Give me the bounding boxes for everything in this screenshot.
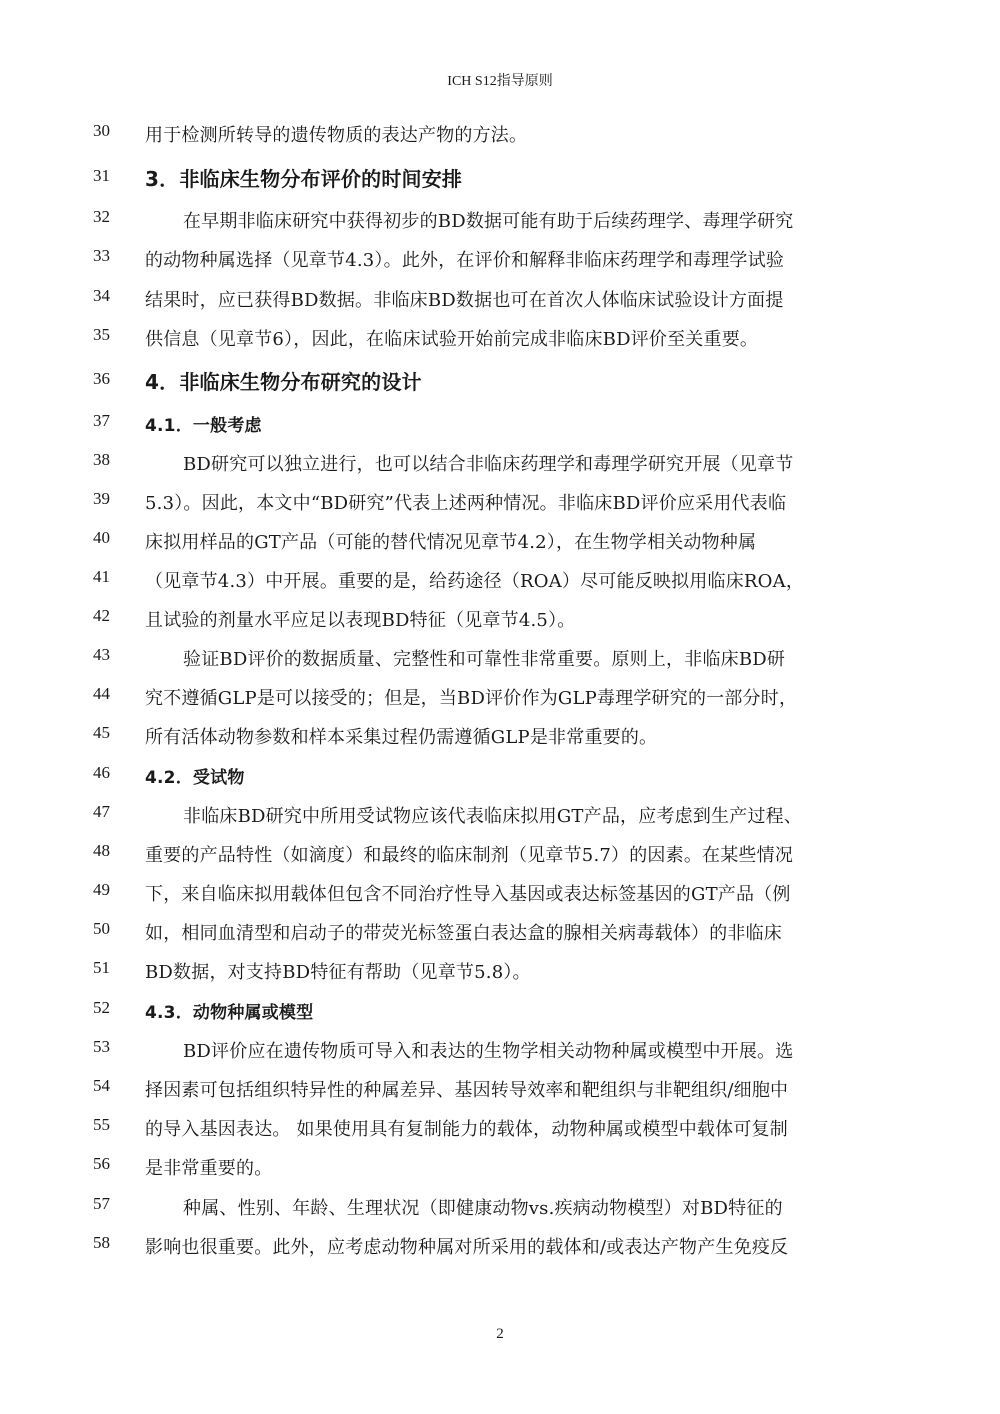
line-number: 56: [93, 1154, 133, 1174]
line-number: 35: [93, 325, 133, 345]
line-text: 的导入基因表达。 如果使用具有复制能力的载体，动物种属或模型中载体可复制: [145, 1115, 788, 1141]
text-line: 43验证BD评价的数据质量、完整性和可靠性非常重要。原则上，非临床BD研: [0, 645, 1000, 685]
line-text: 种属、性别、年龄、生理状况（即健康动物vs.疾病动物模型）对BD特征的: [183, 1194, 783, 1220]
text-line: 38BD研究可以独立进行，也可以结合非临床药理学和毒理学研究开展（见章节: [0, 450, 1000, 490]
text-line: 57种属、性别、年龄、生理状况（即健康动物vs.疾病动物模型）对BD特征的: [0, 1194, 1000, 1234]
line-number: 34: [93, 286, 133, 306]
line-text: 择因素可包括组织特异性的种属差异、基因转导效率和靶组织与非靶组织/细胞中: [145, 1076, 788, 1102]
text-line: 58影响也很重要。此外，应考虑动物种属对所采用的载体和/或表达产物产生免疫反: [0, 1233, 1000, 1273]
line-text: 在早期非临床研究中获得初步的BD数据可能有助于后续药理学、毒理学研究: [183, 207, 793, 233]
text-line: 33的动物种属选择（见章节4.3）。此外，在评价和解释非临床药理学和毒理学试验: [0, 246, 1000, 286]
line-number: 49: [93, 880, 133, 900]
line-number: 43: [93, 645, 133, 665]
section-heading-line: 313．非临床生物分布评价的时间安排: [0, 163, 1000, 203]
text-line: 45所有活体动物参数和样本采集过程仍需遵循GLP是非常重要的。: [0, 723, 1000, 763]
line-text: 结果时，应已获得BD数据。非临床BD数据也可在首次人体临床试验设计方面提: [145, 286, 784, 312]
line-number: 51: [93, 958, 133, 978]
line-text: 重要的产品特性（如滴度）和最终的临床制剂（见章节5.7）的因素。在某些情况: [145, 841, 793, 867]
line-text: 如，相同血清型和启动子的带荧光标签蛋白表达盒的腺相关病毒载体）的非临床: [145, 919, 782, 945]
line-number: 40: [93, 528, 133, 548]
text-line: 35供信息（见章节6），因此，在临床试验开始前完成非临床BD评价至关重要。: [0, 325, 1000, 365]
line-number: 36: [93, 369, 133, 389]
section-heading: 4．非临床生物分布研究的设计: [145, 366, 422, 395]
line-number: 55: [93, 1115, 133, 1135]
text-line: 54择因素可包括组织特异性的种属差异、基因转导效率和靶组织与非靶组织/细胞中: [0, 1076, 1000, 1116]
text-line: 51BD数据，对支持BD特征有帮助（见章节5.8）。: [0, 958, 1000, 998]
line-text: BD研究可以独立进行，也可以结合非临床药理学和毒理学研究开展（见章节: [183, 450, 793, 476]
line-text: 且试验的剂量水平应足以表现BD特征（见章节4.5）。: [145, 606, 575, 632]
subsection-heading: 4.3．动物种属或模型: [145, 998, 313, 1023]
line-number: 47: [93, 802, 133, 822]
line-number: 38: [93, 450, 133, 470]
line-text: 非临床BD研究中所用受试物应该代表临床拟用GT产品，应考虑到生产过程、: [183, 802, 802, 828]
text-line: 30用于检测所转导的遗传物质的表达产物的方法。: [0, 121, 1000, 161]
text-line: 34结果时，应已获得BD数据。非临床BD数据也可在首次人体临床试验设计方面提: [0, 286, 1000, 326]
page-number: 2: [0, 1326, 1000, 1343]
line-text: 所有活体动物参数和样本采集过程仍需遵循GLP是非常重要的。: [145, 723, 657, 749]
line-number: 41: [93, 567, 133, 587]
line-number: 52: [93, 998, 133, 1018]
subsection-heading: 4.1．一般考虑: [145, 411, 262, 436]
line-text: 验证BD评价的数据质量、完整性和可靠性非常重要。原则上，非临床BD研: [183, 645, 785, 671]
line-text: 供信息（见章节6），因此，在临床试验开始前完成非临床BD评价至关重要。: [145, 325, 758, 351]
line-number: 32: [93, 207, 133, 227]
line-text: BD评价应在遗传物质可导入和表达的生物学相关动物种属或模型中开展。选: [183, 1037, 793, 1063]
line-text: 的动物种属选择（见章节4.3）。此外，在评价和解释非临床药理学和毒理学试验: [145, 246, 784, 272]
section-heading-line: 464.2．受试物: [0, 763, 1000, 803]
line-text: 用于检测所转导的遗传物质的表达产物的方法。: [145, 121, 527, 147]
line-number: 39: [93, 489, 133, 509]
text-line: 40床拟用样品的GT产品（可能的替代情况见章节4.2），在生物学相关动物种属: [0, 528, 1000, 568]
line-number: 53: [93, 1037, 133, 1057]
line-number: 48: [93, 841, 133, 861]
text-line: 395.3）。因此，本文中“BD研究”代表上述两种情况。非临床BD评价应采用代表…: [0, 489, 1000, 529]
line-text: （见章节4.3）中开展。重要的是，给药途径（ROA）尽可能反映拟用临床ROA，: [145, 567, 804, 593]
section-heading: 3．非临床生物分布评价的时间安排: [145, 163, 462, 192]
line-text: BD数据，对支持BD特征有帮助（见章节5.8）。: [145, 958, 531, 984]
line-text: 床拟用样品的GT产品（可能的替代情况见章节4.2），在生物学相关动物种属: [145, 528, 756, 554]
subsection-heading: 4.2．受试物: [145, 763, 245, 788]
line-text: 下，来自临床拟用载体但包含不同治疗性导入基因或表达标签基因的GT产品（例: [145, 880, 791, 906]
text-line: 32在早期非临床研究中获得初步的BD数据可能有助于后续药理学、毒理学研究: [0, 207, 1000, 247]
line-number: 54: [93, 1076, 133, 1096]
text-line: 49下，来自临床拟用载体但包含不同治疗性导入基因或表达标签基因的GT产品（例: [0, 880, 1000, 920]
text-line: 48重要的产品特性（如滴度）和最终的临床制剂（见章节5.7）的因素。在某些情况: [0, 841, 1000, 881]
text-line: 55的导入基因表达。 如果使用具有复制能力的载体，动物种属或模型中载体可复制: [0, 1115, 1000, 1155]
line-number: 50: [93, 919, 133, 939]
text-line: 44究不遵循GLP是可以接受的；但是，当BD评价作为GLP毒理学研究的一部分时，: [0, 684, 1000, 724]
line-number: 30: [93, 121, 133, 141]
text-line: 42且试验的剂量水平应足以表现BD特征（见章节4.5）。: [0, 606, 1000, 646]
line-text: 究不遵循GLP是可以接受的；但是，当BD评价作为GLP毒理学研究的一部分时，: [145, 684, 797, 710]
line-number: 37: [93, 411, 133, 431]
line-number: 42: [93, 606, 133, 626]
text-line: 56是非常重要的。: [0, 1154, 1000, 1194]
line-text: 是非常重要的。: [145, 1154, 272, 1180]
line-text: 影响也很重要。此外，应考虑动物种属对所采用的载体和/或表达产物产生免疫反: [145, 1233, 788, 1259]
line-number: 57: [93, 1194, 133, 1214]
line-number: 33: [93, 246, 133, 266]
line-number: 46: [93, 763, 133, 783]
section-heading-line: 524.3．动物种属或模型: [0, 998, 1000, 1038]
section-heading-line: 374.1．一般考虑: [0, 411, 1000, 451]
text-line: 50如，相同血清型和启动子的带荧光标签蛋白表达盒的腺相关病毒载体）的非临床: [0, 919, 1000, 959]
line-number: 45: [93, 723, 133, 743]
text-line: 53BD评价应在遗传物质可导入和表达的生物学相关动物种属或模型中开展。选: [0, 1037, 1000, 1077]
line-number: 44: [93, 684, 133, 704]
running-header: ICH S12指导原则: [0, 70, 1000, 90]
line-number: 58: [93, 1233, 133, 1253]
section-heading-line: 364．非临床生物分布研究的设计: [0, 366, 1000, 406]
line-text: 5.3）。因此，本文中“BD研究”代表上述两种情况。非临床BD评价应采用代表临: [145, 489, 786, 515]
text-line: 47非临床BD研究中所用受试物应该代表临床拟用GT产品，应考虑到生产过程、: [0, 802, 1000, 842]
line-number: 31: [93, 166, 133, 186]
text-line: 41（见章节4.3）中开展。重要的是，给药途径（ROA）尽可能反映拟用临床ROA…: [0, 567, 1000, 607]
